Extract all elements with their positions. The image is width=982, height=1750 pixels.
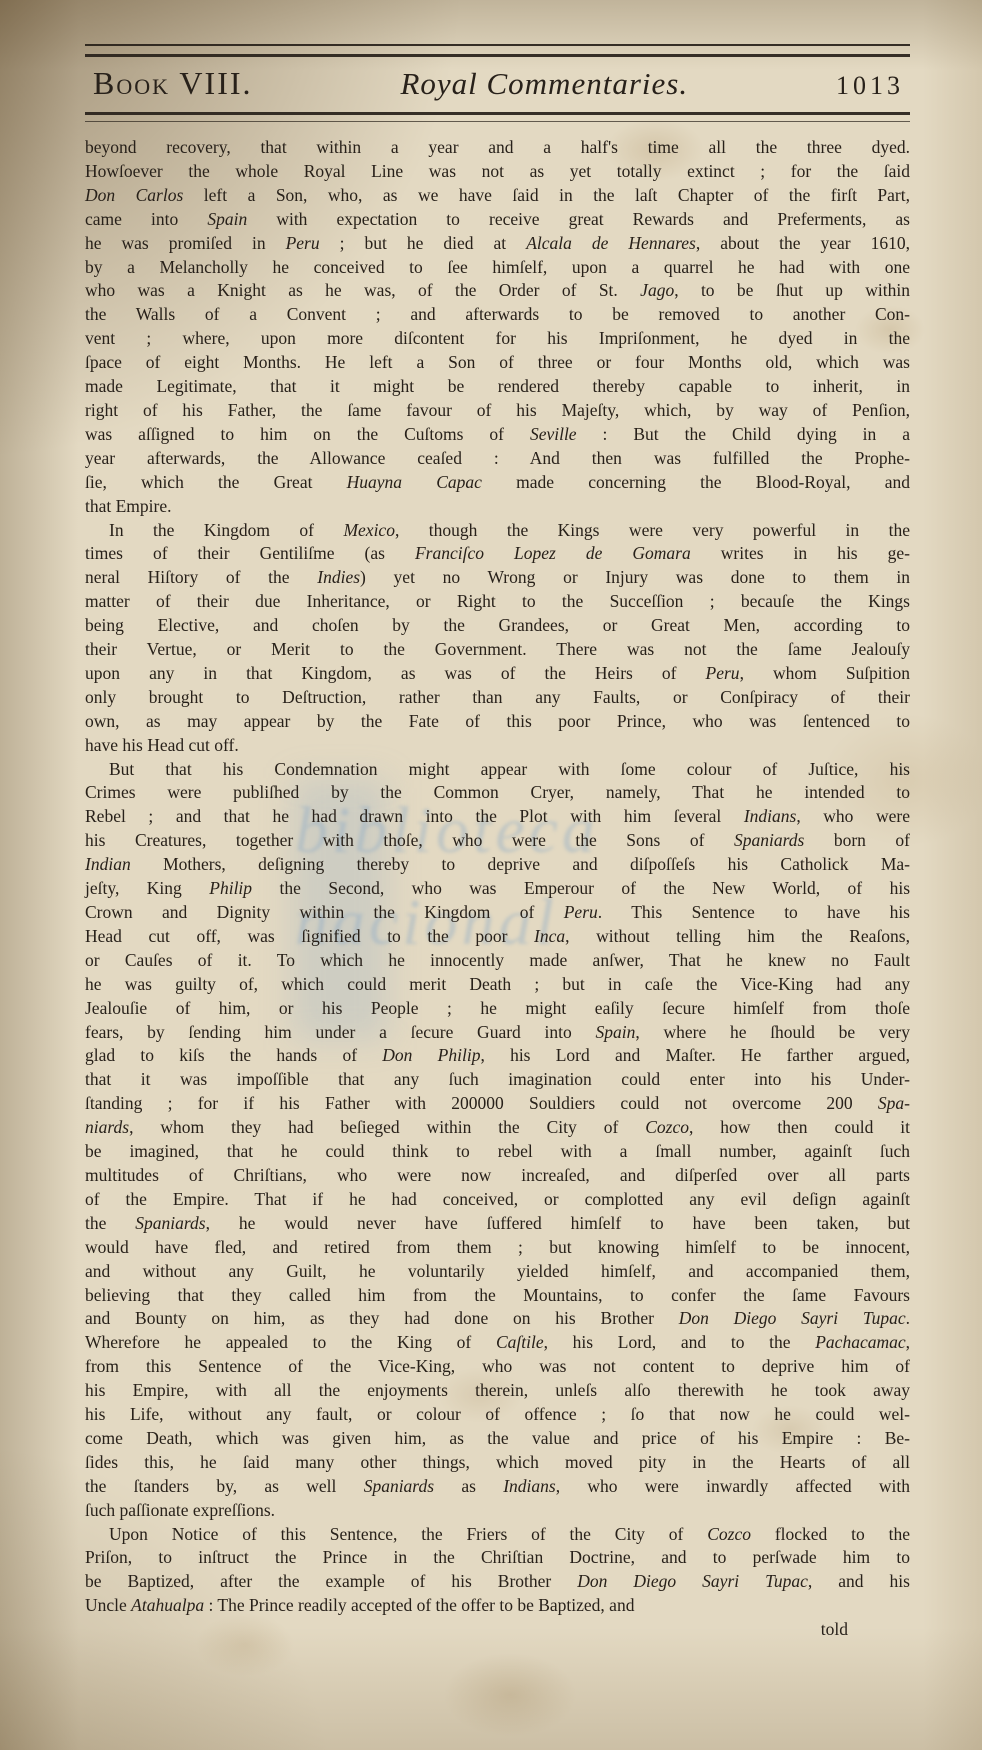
paragraph: But that his Condemnation might appear w…: [85, 758, 910, 1523]
italic-text: Don Diego Sayri Tupac: [679, 1308, 906, 1328]
roman-text: neral Hiſtory of the: [85, 567, 317, 587]
roman-text: fears, by ſending him under a ſecure Gua…: [85, 1022, 595, 1042]
text-line: In the Kingdom of Mexico, though the Kin…: [85, 519, 910, 543]
roman-text: believing that they called him from the …: [85, 1285, 910, 1305]
italic-text: Inca: [534, 926, 565, 946]
text-line: ſides this, he ſaid many other things, w…: [85, 1451, 910, 1475]
roman-text: Priſon, to inſtruct the Prince in the Ch…: [85, 1547, 910, 1567]
italic-text: Atahualpa: [131, 1595, 204, 1615]
text-line: jeſty, King Philip the Second, who was E…: [85, 877, 910, 901]
italic-text: Spaniards: [734, 830, 804, 850]
italic-text: Mexico: [343, 520, 395, 540]
roman-text: the: [85, 1213, 135, 1233]
roman-text: , though the Kings were very powerful in…: [395, 520, 910, 540]
roman-text: Wherefore he appealed to the King of: [85, 1332, 496, 1352]
running-header: Book VIII. Royal Commentaries. 1013: [85, 57, 910, 112]
italic-text: Peru: [706, 663, 740, 683]
text-line: of the Empire. That if he had conceived,…: [85, 1188, 910, 1212]
italic-text: Spaniards: [364, 1476, 434, 1496]
roman-text: Upon Notice of this Sentence, the Friers…: [109, 1524, 707, 1544]
text-line: being Elective, and choſen by the Grande…: [85, 614, 910, 638]
roman-text: be imagined, that he could think to rebe…: [85, 1141, 910, 1161]
italic-text: Spain: [595, 1022, 635, 1042]
roman-text: of the Empire. That if he had conceived,…: [85, 1189, 910, 1209]
roman-text: , without telling him the Reaſons,: [565, 926, 910, 946]
roman-text: ; but he died at: [320, 233, 527, 253]
body-text: beyond recovery, that within a year and …: [85, 136, 910, 1618]
roman-text: beyond recovery, that within a year and …: [85, 137, 910, 157]
text-line: beyond recovery, that within a year and …: [85, 136, 910, 160]
roman-text: their Vertue, or Merit to the Government…: [85, 639, 910, 659]
roman-text: have his Head cut off.: [85, 735, 239, 755]
italic-text: Spain: [207, 209, 247, 229]
italic-text: Huayna Capac: [347, 472, 482, 492]
text-line: was aſſigned to him on the Cuſtoms of Se…: [85, 423, 910, 447]
text-line: and Bounty on him, as they had done on h…: [85, 1307, 910, 1331]
roman-text: But that his Condemnation might appear w…: [109, 759, 910, 779]
text-line: be imagined, that he could think to rebe…: [85, 1140, 910, 1164]
roman-text: times of their Gentiliſme (as: [85, 543, 415, 563]
roman-text: Howſoever the whole Royal Line was not a…: [85, 161, 910, 181]
header-rule-top: [85, 44, 910, 57]
roman-text: Crimes were publiſhed by the Common Crye…: [85, 782, 910, 802]
roman-text: as: [434, 1476, 503, 1496]
text-line: Head cut off, was ſignified to the poor …: [85, 925, 910, 949]
text-line: from this Sentence of the Vice-King, who…: [85, 1355, 910, 1379]
text-line: Don Carlos left a Son, who, as we have ſ…: [85, 184, 910, 208]
roman-text: made Legitimate, that it might be render…: [85, 376, 910, 396]
roman-text: came into: [85, 209, 207, 229]
book-label: Book VIII.: [93, 65, 253, 102]
text-line: niards, whom they had beſieged within th…: [85, 1116, 910, 1140]
roman-text: ) yet no Wrong or Injury was done to the…: [360, 567, 910, 587]
paragraph: In the Kingdom of Mexico, though the Kin…: [85, 519, 910, 758]
roman-text: was aſſigned to him on the Cuſtoms of: [85, 424, 530, 444]
text-line: year afterwards, the Allowance ceaſed : …: [85, 447, 910, 471]
roman-text: glad to kiſs the hands of: [85, 1045, 382, 1065]
text-line: Crimes were publiſhed by the Common Crye…: [85, 781, 910, 805]
italic-text: Alcala de Hennares: [526, 233, 696, 253]
italic-text: Seville: [530, 424, 577, 444]
text-line: would have fled, and retired from them ;…: [85, 1236, 910, 1260]
italic-text: Don Philip: [382, 1045, 480, 1065]
text-line: multitudes of Chriſtians, who were now i…: [85, 1164, 910, 1188]
text-line: Upon Notice of this Sentence, the Friers…: [85, 1523, 910, 1547]
italic-text: Caſtile: [496, 1332, 544, 1352]
catchword: told: [821, 1619, 848, 1639]
roman-text: that Empire.: [85, 496, 172, 516]
roman-text: be Baptized, after the example of his Br…: [85, 1571, 577, 1591]
italic-text: Cozco: [645, 1117, 689, 1137]
paragraph: beyond recovery, that within a year and …: [85, 136, 910, 519]
roman-text: , whom they had beſieged within the City…: [129, 1117, 645, 1137]
roman-text: ſtanding ; for if his Father with 200000…: [85, 1093, 878, 1113]
text-line: own, as may appear by the Fate of this p…: [85, 710, 910, 734]
text-line: Rebel ; and that he had drawn into the P…: [85, 805, 910, 829]
text-line: his Creatures, together with thoſe, who …: [85, 829, 910, 853]
text-line: ſpace of eight Months. He left a Son of …: [85, 351, 910, 375]
text-line: Crown and Dignity within the Kingdom of …: [85, 901, 910, 925]
roman-text: and without any Guilt, he voluntarily yi…: [85, 1261, 910, 1281]
roman-text: who was a Knight as he was, of the Order…: [85, 280, 640, 300]
roman-text: the Second, who was Emperour of the New …: [252, 878, 910, 898]
text-line: the ſtanders by, as well Spaniards as In…: [85, 1475, 910, 1499]
header-rule-bottom: [85, 112, 910, 122]
roman-text: come Death, which was given him, as the …: [85, 1428, 910, 1448]
roman-text: : The Prince readily accepted of the off…: [204, 1595, 634, 1615]
roman-text: multitudes of Chriſtians, who were now i…: [85, 1165, 910, 1185]
text-line: Indian Mothers, deſigning thereby to dep…: [85, 853, 910, 877]
roman-text: by a Melancholly he conceived to ſee him…: [85, 257, 910, 277]
roman-text: , and his: [808, 1571, 910, 1591]
italic-text: Don Carlos: [85, 185, 183, 205]
text-line: Uncle Atahualpa : The Prince readily acc…: [85, 1594, 910, 1618]
roman-text: Jealouſie of him, or his People ; he mig…: [85, 998, 910, 1018]
roman-text: : But the Child dying in a: [577, 424, 910, 444]
roman-text: own, as may appear by the Fate of this p…: [85, 711, 910, 731]
roman-text: ,: [906, 1332, 910, 1352]
text-line: ſtanding ; for if his Father with 200000…: [85, 1092, 910, 1116]
text-line: matter of their due Inheritance, or Righ…: [85, 590, 910, 614]
italic-text: Don Diego Sayri Tupac: [577, 1571, 808, 1591]
roman-text: upon any in that Kingdom, as was of the …: [85, 663, 706, 683]
roman-text: ſides this, he ſaid many other things, w…: [85, 1452, 910, 1472]
text-line: But that his Condemnation might appear w…: [85, 758, 910, 782]
text-line: he was guilty of, which could merit Deat…: [85, 973, 910, 997]
italic-text: Pachacamac: [815, 1332, 905, 1352]
text-line: that it was impoſſible that any ſuch ima…: [85, 1068, 910, 1092]
text-line: his Life, without any fault, or colour o…: [85, 1403, 910, 1427]
roman-text: vent ; where, upon more diſcontent for h…: [85, 328, 910, 348]
text-line: made Legitimate, that it might be render…: [85, 375, 910, 399]
text-line: that Empire.: [85, 495, 910, 519]
roman-text: made concerning the Blood-Royal, and: [482, 472, 910, 492]
roman-text: the Walls of a Convent ; and afterwards …: [85, 304, 910, 324]
italic-text: Spaniards: [135, 1213, 205, 1233]
text-line: he was promiſed in Peru ; but he died at…: [85, 232, 910, 256]
text-line: upon any in that Kingdom, as was of the …: [85, 662, 910, 686]
roman-text: , who were inwardly affected with: [556, 1476, 910, 1496]
text-line: came into Spain with expectation to rece…: [85, 208, 910, 232]
roman-text: Mothers, deſigning thereby to deprive an…: [131, 854, 910, 874]
italic-text: Peru: [286, 233, 320, 253]
text-line: his Empire, with all the enjoyments ther…: [85, 1379, 910, 1403]
text-line: only brought to Deſtruction, rather than…: [85, 686, 910, 710]
page-content: Book VIII. Royal Commentaries. 1013 beyo…: [85, 44, 910, 1642]
roman-text: being Elective, and choſen by the Grande…: [85, 615, 910, 635]
roman-text: , how then could it: [689, 1117, 910, 1137]
roman-text: left a Son, who, as we have ſaid in the …: [183, 185, 910, 205]
italic-text: Peru: [564, 902, 598, 922]
text-line: or Cauſes of it. To which he innocently …: [85, 949, 910, 973]
text-line: who was a Knight as he was, of the Order…: [85, 279, 910, 303]
roman-text: flocked to the: [751, 1524, 910, 1544]
roman-text: Head cut off, was ſignified to the poor: [85, 926, 534, 946]
roman-text: and Bounty on him, as they had done on h…: [85, 1308, 679, 1328]
text-line: their Vertue, or Merit to the Government…: [85, 638, 910, 662]
text-line: the Spaniards, he would never have ſuffe…: [85, 1212, 910, 1236]
roman-text: born of: [804, 830, 910, 850]
page-number: 1013: [836, 71, 904, 101]
roman-text: or Cauſes of it. To which he innocently …: [85, 950, 910, 970]
roman-text: his Creatures, together with thoſe, who …: [85, 830, 734, 850]
catchword-row: told: [85, 1618, 910, 1642]
italic-text: Cozco: [707, 1524, 751, 1544]
text-line: right of his Father, the ſame favour of …: [85, 399, 910, 423]
italic-text: Jago: [640, 280, 674, 300]
text-line: Wherefore he appealed to the King of Caſ…: [85, 1331, 910, 1355]
text-line: ſuch paſſionate expreſſions.: [85, 1499, 910, 1523]
roman-text: , he would never have ſuffered himſelf t…: [206, 1213, 910, 1233]
roman-text: would have fled, and retired from them ;…: [85, 1237, 910, 1257]
italic-text: Franciſco Lopez de Gomara: [415, 543, 691, 563]
roman-text: his Life, without any fault, or colour o…: [85, 1404, 910, 1424]
italic-text: niards: [85, 1117, 129, 1137]
roman-text: jeſty, King: [85, 878, 209, 898]
page-title: Royal Commentaries.: [253, 66, 836, 102]
roman-text: from this Sentence of the Vice-King, who…: [85, 1356, 910, 1376]
roman-text: his Empire, with all the enjoyments ther…: [85, 1380, 910, 1400]
roman-text: matter of their due Inheritance, or Righ…: [85, 591, 910, 611]
roman-text: that it was impoſſible that any ſuch ima…: [85, 1069, 910, 1089]
italic-text: Indians: [503, 1476, 556, 1496]
roman-text: In the Kingdom of: [109, 520, 343, 540]
text-line: the Walls of a Convent ; and afterwards …: [85, 303, 910, 327]
roman-text: he was promiſed in: [85, 233, 286, 253]
text-line: neral Hiſtory of the Indies) yet no Wron…: [85, 566, 910, 590]
text-line: glad to kiſs the hands of Don Philip, hi…: [85, 1044, 910, 1068]
italic-text: Indies: [317, 567, 360, 587]
book-page: biblioteca nacional Book VIII. Royal Com…: [0, 0, 982, 1750]
paragraph: Upon Notice of this Sentence, the Friers…: [85, 1523, 910, 1619]
roman-text: only brought to Deſtruction, rather than…: [85, 687, 910, 707]
roman-text: right of his Father, the ſame favour of …: [85, 400, 910, 420]
roman-text: , who were: [796, 806, 910, 826]
roman-text: , his Lord and Maſter. He farther argued…: [480, 1045, 910, 1065]
italic-text: Indians: [744, 806, 797, 826]
roman-text: , whom Suſpition: [740, 663, 910, 683]
roman-text: , where he ſhould be very: [635, 1022, 910, 1042]
italic-text: Indian: [85, 854, 131, 874]
text-line: times of their Gentiliſme (as Franciſco …: [85, 542, 910, 566]
text-line: be Baptized, after the example of his Br…: [85, 1570, 910, 1594]
roman-text: Crown and Dignity within the Kingdom of: [85, 902, 564, 922]
roman-text: .: [906, 1308, 910, 1328]
roman-text: with expectation to receive great Reward…: [247, 209, 910, 229]
text-line: by a Melancholly he conceived to ſee him…: [85, 256, 910, 280]
text-line: Howſoever the whole Royal Line was not a…: [85, 160, 910, 184]
text-line: ſie, which the Great Huayna Capac made c…: [85, 471, 910, 495]
roman-text: ſie, which the Great: [85, 472, 347, 492]
text-line: have his Head cut off.: [85, 734, 910, 758]
italic-text: Spa-: [878, 1093, 910, 1113]
text-line: fears, by ſending him under a ſecure Gua…: [85, 1021, 910, 1045]
roman-text: year afterwards, the Allowance ceaſed : …: [85, 448, 910, 468]
roman-text: . This Sentence to have his: [598, 902, 910, 922]
text-line: come Death, which was given him, as the …: [85, 1427, 910, 1451]
roman-text: , about the year 1610,: [696, 233, 910, 253]
roman-text: Uncle: [85, 1595, 131, 1615]
roman-text: , to be ſhut up within: [674, 280, 910, 300]
roman-text: the ſtanders by, as well: [85, 1476, 364, 1496]
roman-text: he was guilty of, which could merit Deat…: [85, 974, 910, 994]
text-line: and without any Guilt, he voluntarily yi…: [85, 1260, 910, 1284]
text-line: Priſon, to inſtruct the Prince in the Ch…: [85, 1546, 910, 1570]
roman-text: , his Lord, and to the: [544, 1332, 816, 1352]
text-line: believing that they called him from the …: [85, 1284, 910, 1308]
roman-text: ſuch paſſionate expreſſions.: [85, 1500, 275, 1520]
italic-text: Philip: [209, 878, 252, 898]
roman-text: writes in his ge-: [691, 543, 910, 563]
text-line: Jealouſie of him, or his People ; he mig…: [85, 997, 910, 1021]
roman-text: Rebel ; and that he had drawn into the P…: [85, 806, 744, 826]
roman-text: ſpace of eight Months. He left a Son of …: [85, 352, 910, 372]
text-line: vent ; where, upon more diſcontent for h…: [85, 327, 910, 351]
